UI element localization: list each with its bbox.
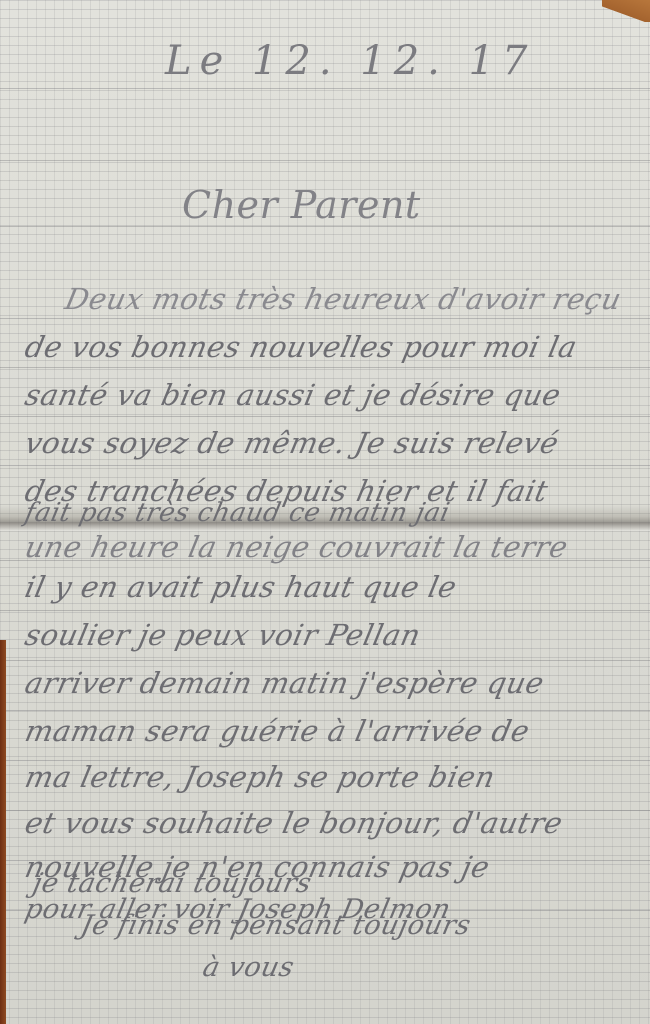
- letter-salutation: Cher Parent: [182, 183, 421, 227]
- body-line: santé va bien aussi et je désire que: [22, 378, 564, 412]
- rule-line: [0, 465, 650, 466]
- letter-date: Le 12. 12. 17: [165, 38, 536, 84]
- rule-line: [0, 88, 650, 89]
- rule-line: [0, 416, 650, 417]
- rule-line: [0, 367, 650, 368]
- body-line: fait pas très chaud ce matin jai: [22, 498, 453, 528]
- body-line: de vos bonnes nouvelles pour moi la: [22, 330, 580, 364]
- letter-page: Le 12. 12. 17 Cher Parent Deux mots très…: [0, 0, 650, 1024]
- body-line: ma lettre, Joseph se porte bien: [22, 760, 498, 794]
- body-line: Je finis en pensant toujours: [78, 910, 474, 941]
- rule-line: [0, 610, 650, 611]
- table-corner: [602, 0, 650, 22]
- body-line: à vous: [200, 952, 297, 983]
- body-line: vous soyez de même. Je suis relevé: [22, 426, 562, 460]
- body-line: une heure la neige couvrait la terre: [22, 530, 571, 564]
- rule-line: [0, 160, 650, 161]
- rule-line: [0, 318, 650, 319]
- body-line: maman sera guérie à l'arrivée de: [22, 714, 533, 748]
- body-line: et vous souhaite le bonjour, d'autre: [22, 806, 566, 840]
- torn-edge: [0, 640, 6, 1024]
- body-line: arriver demain matin j'espère que: [22, 666, 547, 700]
- rule-line: [0, 710, 650, 711]
- rule-line: [0, 660, 650, 661]
- body-line: Deux mots très heureux d'avoir reçu: [62, 282, 625, 316]
- body-line: il y en avait plus haut que le: [22, 570, 460, 604]
- body-line: soulier je peux voir Pellan: [22, 618, 424, 652]
- body-line: je tâcherai toujours: [30, 868, 314, 899]
